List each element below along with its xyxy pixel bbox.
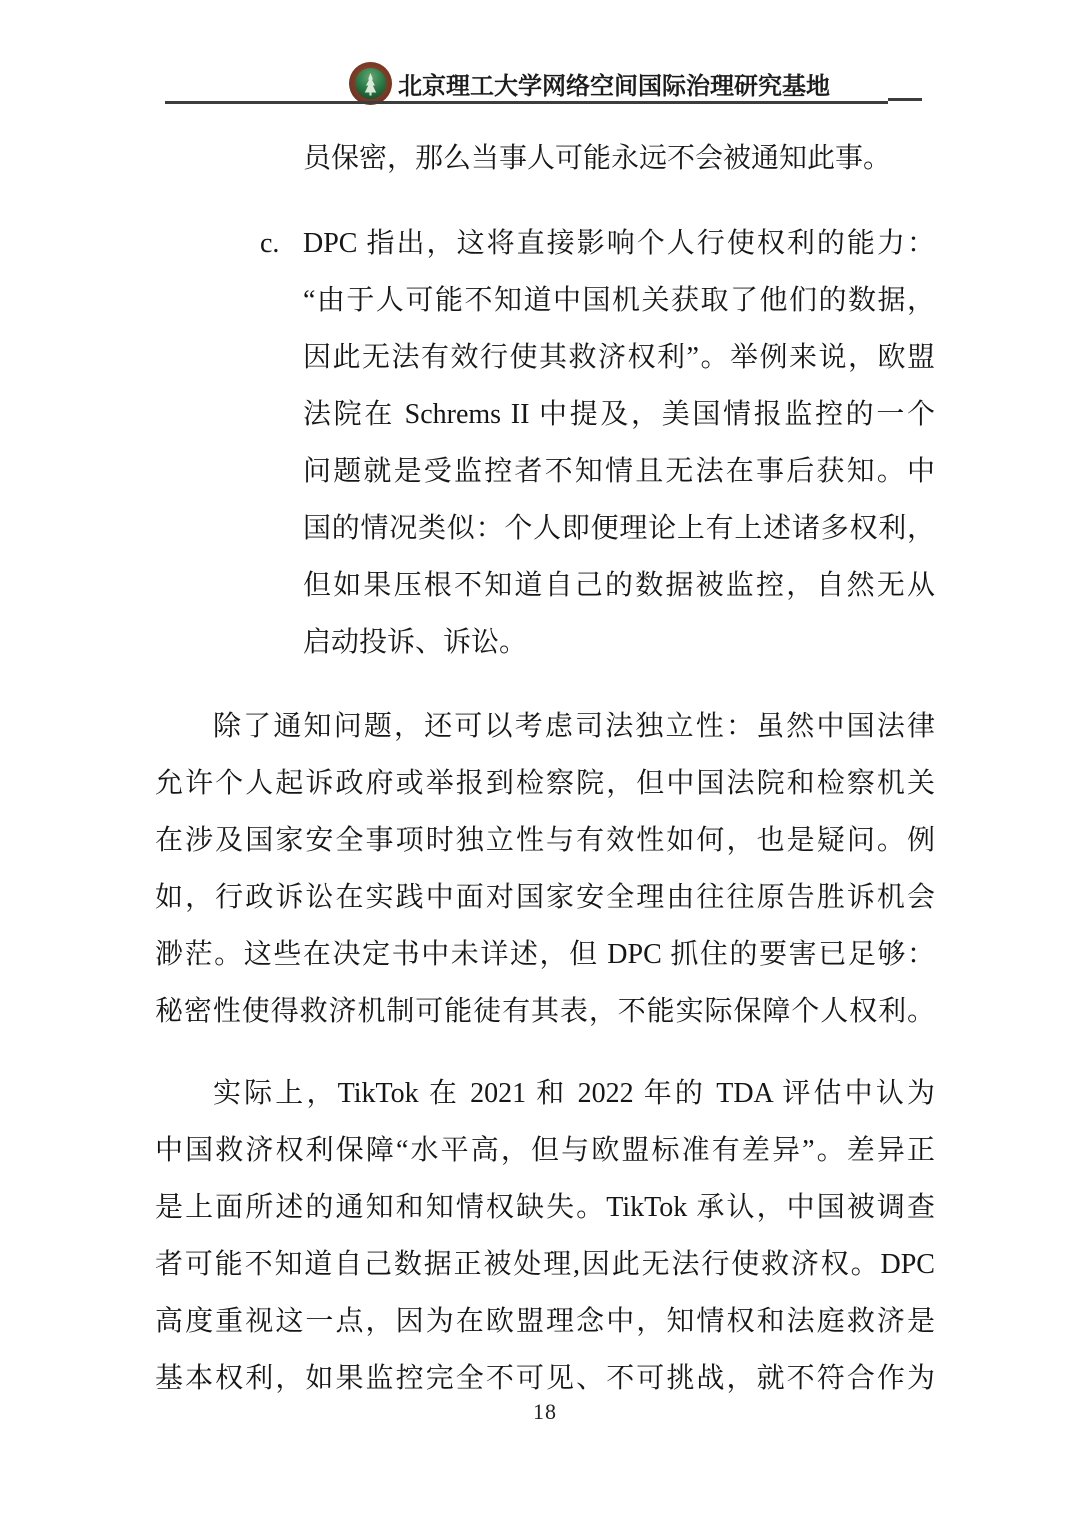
text-line: 渺茫。这些在决定书中未详述，但 DPC 抓住的要害已足够： — [155, 926, 935, 983]
text-line: 除了通知问题，还可以考虑司法独立性：虽然中国法律 — [155, 698, 935, 755]
text-line: 因此无法有效行使其救济权利”。举例来说，欧盟 — [303, 329, 935, 386]
paragraph-judicial-independence: 除了通知问题，还可以考虑司法独立性：虽然中国法律 允许个人起诉政府或举报到检察院… — [155, 698, 935, 1040]
text-line: 者可能不知道自己数据正被处理,因此无法行使救济权。DPC — [155, 1236, 935, 1293]
list-item-b-continuation: 员保密，那么当事人可能永远不会被通知此事。 — [155, 130, 935, 187]
text-line: 问题就是受监控者不知情且无法在事后获知。中 — [303, 443, 935, 500]
header-rule-segment — [888, 98, 922, 101]
paragraph-tiktok-tda: 实际上，TikTok 在 2021 和 2022 年的 TDA 评估中认为 中国… — [155, 1065, 935, 1407]
text-line: 国的情况类似：个人即便理论上有上述诸多权利， — [303, 500, 935, 557]
text-line: 高度重视这一点，因为在欧盟理念中，知情权和法庭救济是 — [155, 1293, 935, 1350]
list-item-c: c. DPC 指出，这将直接影响个人行使权利的能力： “由于人可能不知道中国机关… — [155, 215, 935, 671]
text-line: 但如果压根不知道自己的数据被监控，自然无从 — [303, 557, 935, 614]
text-line: 秘密性使得救济机制可能徒有其表，不能实际保障个人权利。 — [155, 983, 935, 1040]
bit-logo-emblem-icon — [355, 68, 386, 99]
text-line: 允许个人起诉政府或举报到检察院，但中国法院和检察机关 — [155, 755, 935, 812]
document-page: 北京理工大学网络空间国际治理研究基地 员保密，那么当事人可能永远不会被通知此事。… — [0, 0, 1080, 1527]
list-item-marker: c. — [260, 215, 279, 272]
text-line: 是上面所述的通知和知情权缺失。TikTok 承认，中国被调查 — [155, 1179, 935, 1236]
text-line: 中国救济权利保障“水平高，但与欧盟标准有差异”。差异正 — [155, 1122, 935, 1179]
text-line: “由于人可能不知道中国机关获取了他们的数据， — [303, 272, 935, 329]
text-line: 启动投诉、诉讼。 — [303, 614, 935, 671]
text-line: 法院在 Schrems II 中提及，美国情报监控的一个 — [303, 386, 935, 443]
header-title: 北京理工大学网络空间国际治理研究基地 — [398, 66, 830, 101]
text-line: 在涉及国家安全事项时独立性与有效性如何，也是疑问。例 — [155, 812, 935, 869]
text-line: 员保密，那么当事人可能永远不会被通知此事。 — [303, 130, 935, 187]
text-line: 实际上，TikTok 在 2021 和 2022 年的 TDA 评估中认为 — [155, 1065, 935, 1122]
text-line: 如，行政诉讼在实践中面对国家安全理由往往原告胜诉机会 — [155, 869, 935, 926]
document-content: 员保密，那么当事人可能永远不会被通知此事。 c. DPC 指出，这将直接影响个人… — [155, 104, 935, 1427]
bit-logo-icon — [349, 62, 392, 105]
text-line: DPC 指出，这将直接影响个人行使权利的能力： — [303, 215, 935, 272]
